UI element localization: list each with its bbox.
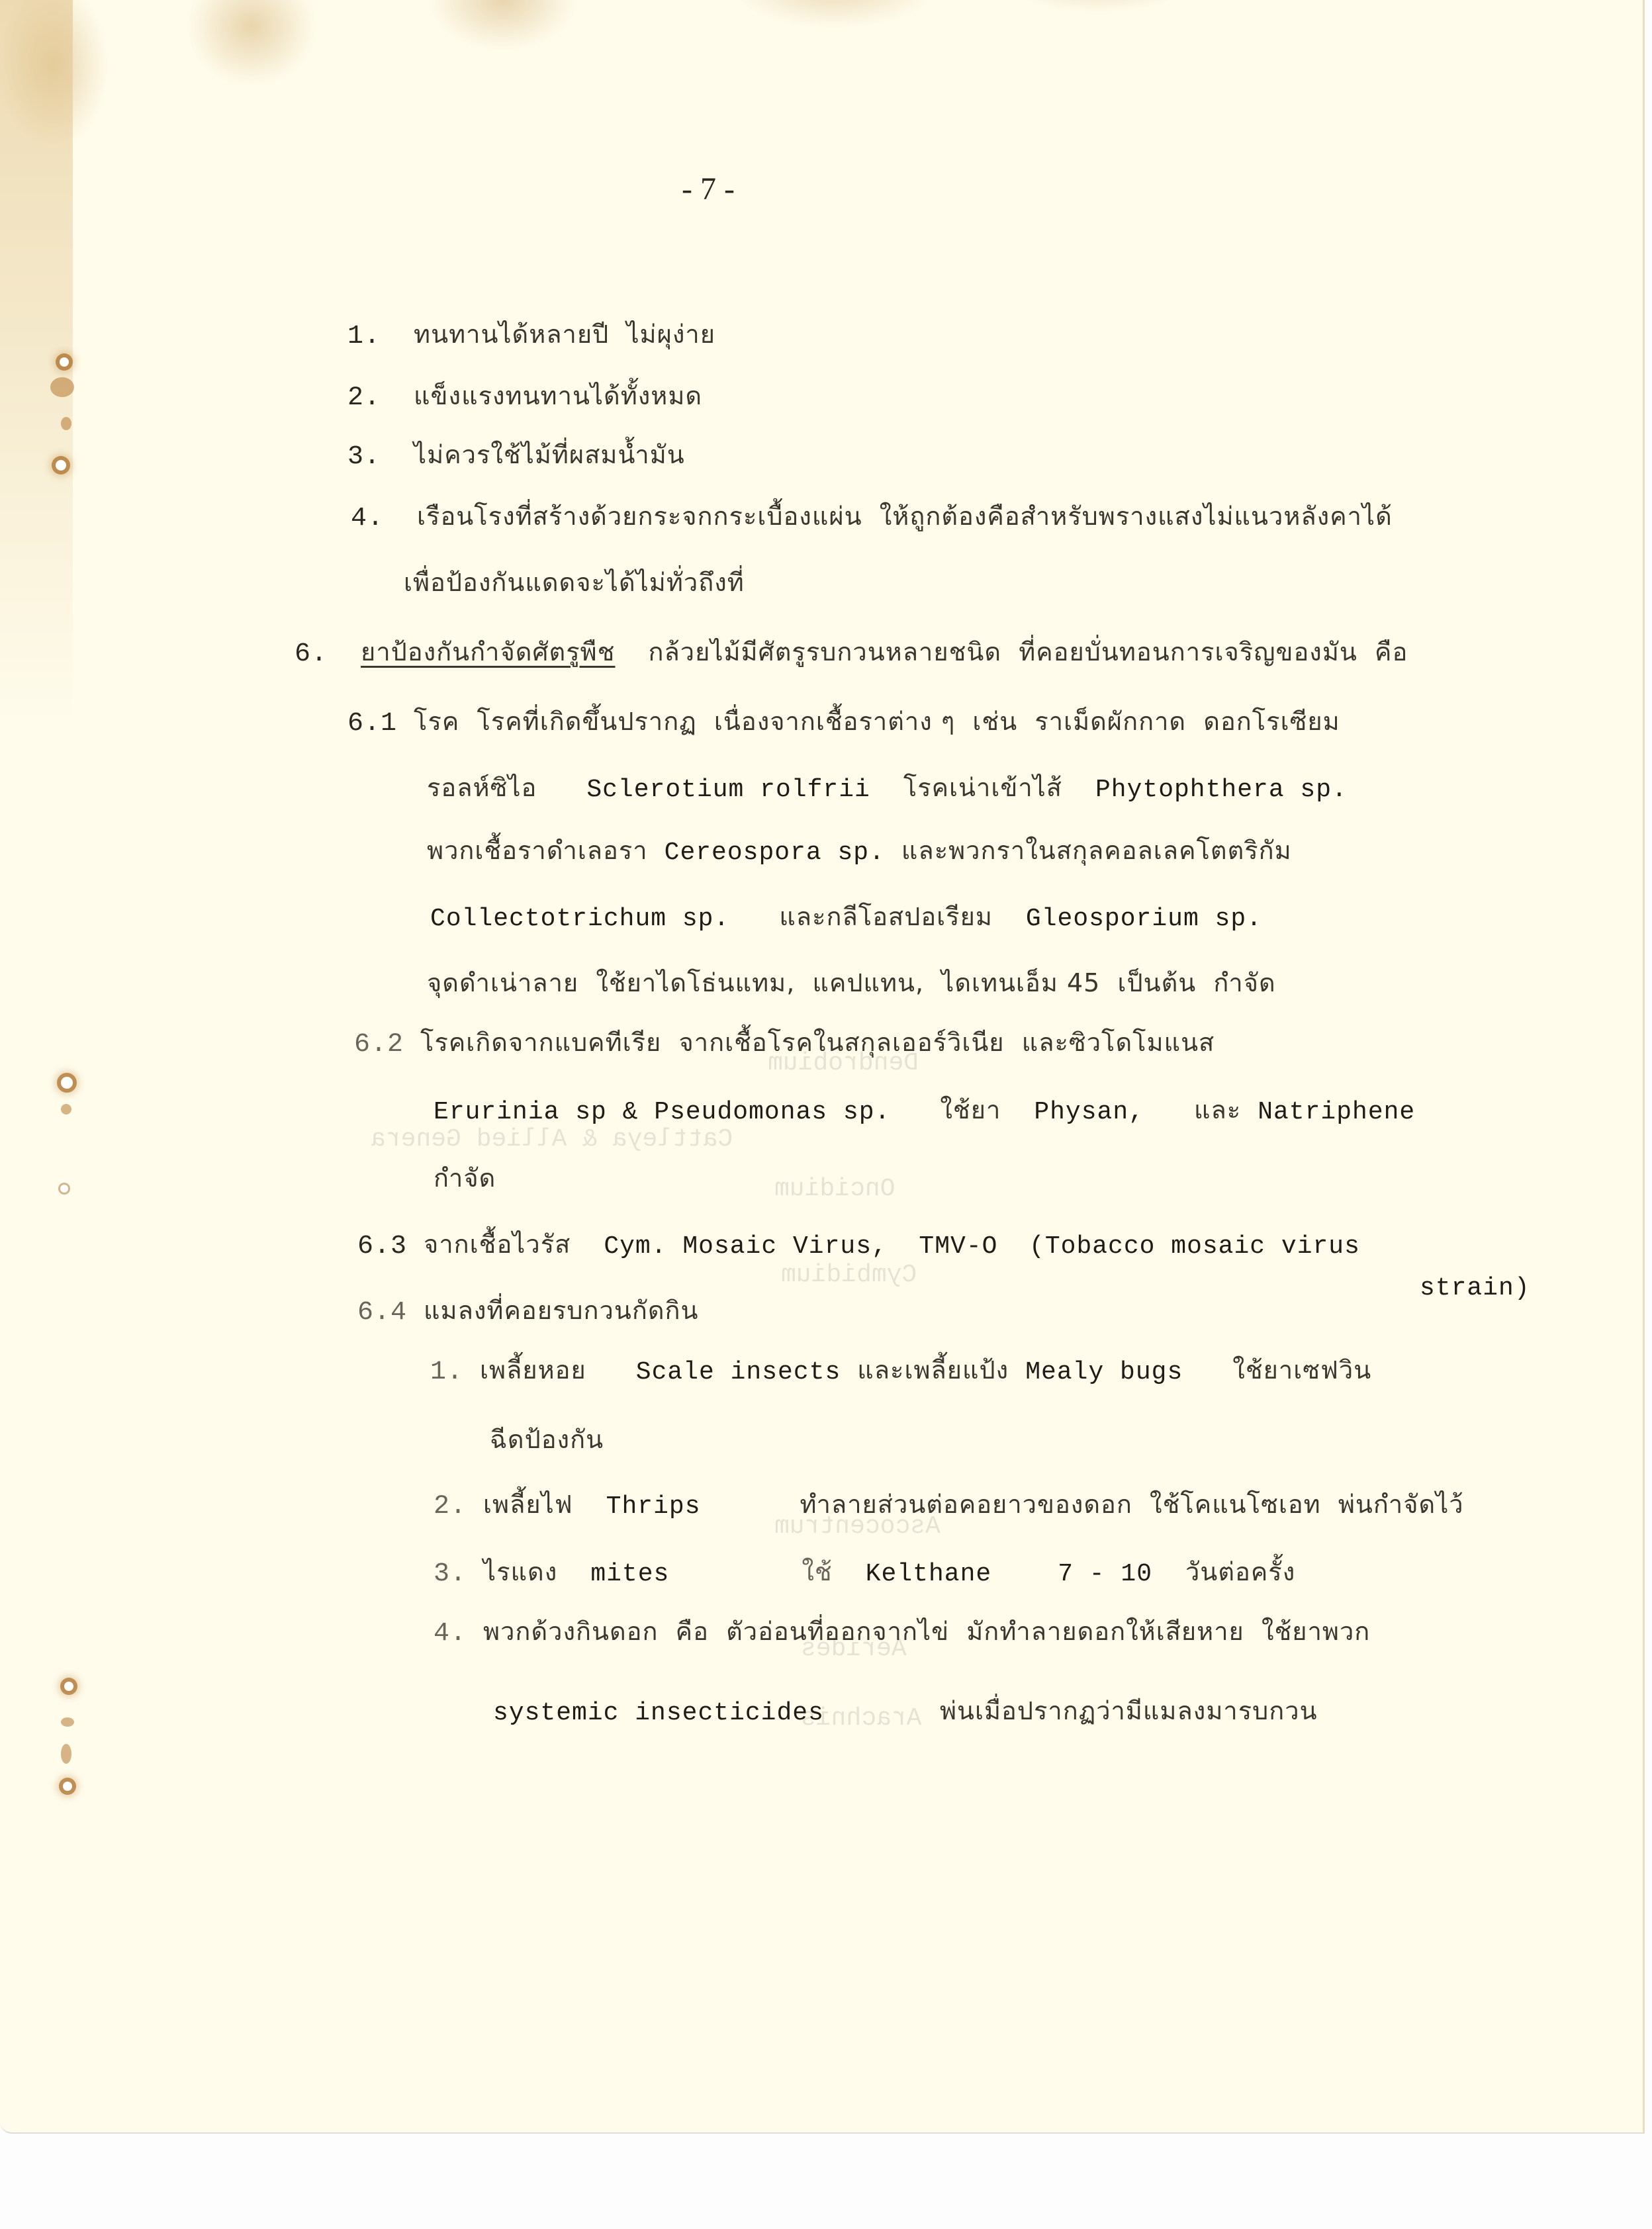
thai-text: ใช้ยาเซฟวิน (1232, 1355, 1371, 1385)
thai-text: กำจัด (434, 1163, 496, 1193)
list-text: ทนทานได้หลายปี ไม่ผุง่าย (414, 320, 715, 349)
latin-name: systemic insecticides (493, 1699, 824, 1727)
rust-stain-icon (61, 1744, 71, 1764)
thai-text: เพลี้ยไฟ (483, 1490, 573, 1519)
pest-item-continuation: systemic insecticides พ่นเมื่อปรากฏว่ามี… (427, 1661, 1318, 1763)
section-intro: กล้วยไม้มีศัตรูรบกวนหลายชนิด ที่คอยบั่นท… (649, 637, 1408, 666)
subsection-6-2-line2: Erurinia sp & Pseudomonas sp. ใช้ยา Phys… (367, 1060, 1415, 1162)
subsection-6-3-continuation: strain) (1354, 1239, 1530, 1338)
subsection-number: 6.3 (357, 1232, 407, 1261)
thai-text: ฉีดป้องกัน (490, 1425, 604, 1454)
list-text: เรือนโรงที่สร้างด้วยกระจกกระเบื้องแผ่น ใ… (417, 502, 1393, 531)
thai-text: และเพลี้ยแป้ง (857, 1355, 1009, 1385)
thai-text: พวกเชื้อราดำเลอรา (427, 836, 648, 865)
latin-name: Thrips (606, 1492, 701, 1521)
rust-stain-icon (61, 1104, 71, 1114)
binding-hole-icon (60, 1185, 68, 1193)
latin-name: Physan, (1034, 1098, 1144, 1126)
binding-hole-icon (64, 1682, 73, 1691)
list-text: ไม่ควรใช้ไม้ที่ผสมน้ำมัน (414, 440, 685, 469)
thai-text: และกลีโอสปอเรียม (779, 902, 993, 931)
thai-text: พ่นเมื่อปรากฏว่ามีแมลงมารบกวน (940, 1696, 1318, 1725)
list-number: 4. (434, 1619, 467, 1649)
latin-name: Phytophthera sp. (1095, 776, 1348, 804)
document-page: Dendrobium Cattleya & Allied Genera Onci… (0, 0, 1645, 2134)
latin-name: Natriphene (1258, 1098, 1415, 1126)
subsection-text: โรคเกิดจากแบคทีเรีย จากเชื้อโรคในสกุลเออ… (420, 1028, 1215, 1057)
list-number: 1. (430, 1357, 463, 1387)
list-number: 2. (434, 1492, 467, 1522)
thai-text: และ (1194, 1095, 1241, 1124)
binding-hole-icon (56, 460, 66, 471)
rust-stain-icon (61, 1717, 74, 1727)
thai-text: พวกด้วงกินดอก คือ ตัวอ่อนที่ออกจากไข่ มั… (483, 1617, 1370, 1646)
thai-text: จากเชื้อไวรัส (424, 1230, 571, 1259)
thai-text: และพวกราในสกุลคอลเลคโตตริกัม (901, 836, 1292, 865)
thai-text: ใช้ยา (940, 1095, 1001, 1124)
list-text: เพื่อป้องกันแดดจะได้ไม่ทั่วถึงที่ (404, 568, 745, 597)
water-stain-top (0, 0, 1645, 212)
page-number: - 7 - (682, 171, 735, 207)
latin-name: Mealy bugs (1025, 1358, 1183, 1387)
subsection-number: 6.2 (354, 1030, 404, 1060)
rust-stain-icon (50, 377, 74, 397)
latin-name: Cym. Mosaic Virus, TMV-O (Tobacco mosaic… (604, 1232, 1360, 1261)
latin-name: Sclerotium rolfrii (586, 776, 870, 804)
list-number: 4. (351, 504, 384, 533)
binding-hole-icon (60, 357, 69, 367)
rust-stain-icon (61, 417, 71, 430)
latin-name: Cereospora sp. (665, 839, 885, 867)
thai-text: เพลี้ยหอย (480, 1355, 586, 1385)
subsection-text: โรค โรคที่เกิดขึ้นปรากฏ เนื่องจากเชื้อรา… (414, 707, 1340, 736)
latin-name: strain) (1420, 1274, 1530, 1302)
latin-name: Collectotrichum sp. (430, 905, 729, 933)
latin-name: Erurinia sp & Pseudomonas sp. (434, 1098, 890, 1126)
thai-text: โรคเน่าเข้าไส้ (903, 773, 1062, 802)
latin-name: Scale insects (636, 1358, 841, 1387)
thai-text: รอลห์ซิไอ (427, 773, 537, 802)
section-number: 6. (295, 639, 328, 669)
binding-hole-icon (61, 1077, 73, 1089)
thai-text: ทำลายส่วนต่อคอยาวของดอก ใช้โคแนโซเอท พ่น… (800, 1490, 1464, 1519)
binding-hole-icon (63, 1782, 72, 1791)
latin-name: Gleosporium sp. (1026, 905, 1262, 933)
subsection-number: 6.1 (347, 709, 397, 739)
section-title: ยาป้องกันกำจัดศัตรูพืช (361, 637, 615, 666)
